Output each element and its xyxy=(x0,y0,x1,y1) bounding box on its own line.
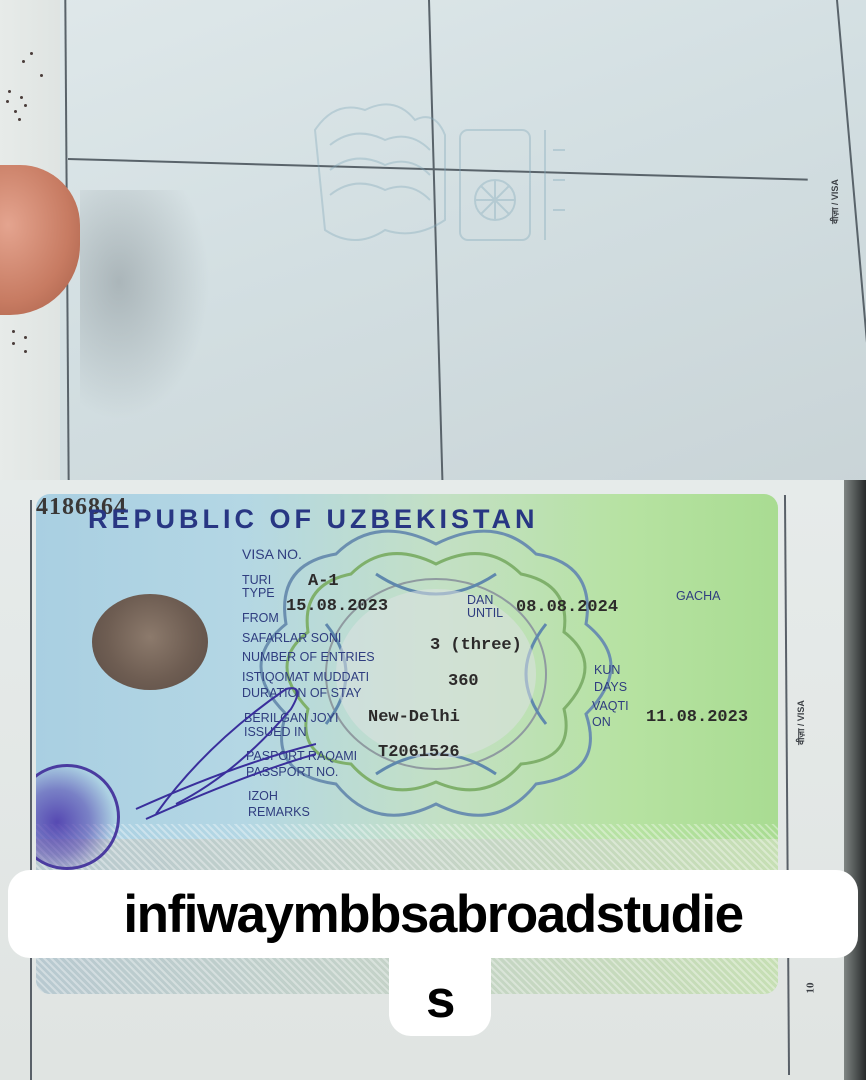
until-label-en: UNTIL xyxy=(467,607,503,620)
duration-label-uz: ISTIQOMAT MUDDATI xyxy=(242,671,369,684)
page-number: 10 xyxy=(805,983,817,994)
from-label: FROM xyxy=(242,612,279,625)
issued-on-label-uz: VAQTI xyxy=(592,700,629,713)
page-rule xyxy=(30,500,32,1080)
until-suffix-uz: GACHA xyxy=(676,590,720,603)
signature-icon xyxy=(116,684,316,824)
finger-shadow xyxy=(80,190,210,420)
page-rule xyxy=(836,0,866,480)
passport-page-top: वीज़ा / VISA xyxy=(0,0,866,490)
issued-on-value: 11.08.2023 xyxy=(646,708,748,727)
caption-overlay: infiwaymbbsabroadstudie xyxy=(8,870,858,958)
duration-unit-en: DAYS xyxy=(594,681,627,694)
passport-cover-edge xyxy=(844,480,866,1080)
caption-text-line1: infiwaymbbsabroadstudie xyxy=(123,884,742,945)
entries-label-en: NUMBER OF ENTRIES xyxy=(242,651,375,664)
visa-number-label: VISA No. xyxy=(242,548,302,561)
until-value: 08.08.2024 xyxy=(516,598,618,617)
caption-text-line2: s xyxy=(426,947,454,1030)
entries-value: 3 (three) xyxy=(430,636,522,655)
finger xyxy=(0,165,80,315)
entries-label-uz: SAFARLAR SONI xyxy=(242,632,341,645)
holder-photo xyxy=(92,594,208,690)
issued-on-label-en: ON xyxy=(592,716,611,729)
passport-no-value: T2061526 xyxy=(378,743,460,762)
national-emblem-watermark-icon xyxy=(295,90,575,270)
visa-country-title: REPUBLIC OF UZBEKISTAN xyxy=(88,504,539,535)
from-value: 15.08.2023 xyxy=(286,597,388,616)
visa-page-label: वीज़ा / VISA xyxy=(794,700,807,745)
visa-page-label: वीज़ा / VISA xyxy=(828,179,841,224)
duration-unit-uz: KUN xyxy=(594,664,620,677)
issued-in-value: New-Delhi xyxy=(368,708,460,727)
duration-value: 360 xyxy=(448,672,479,691)
type-label-en: TYPE xyxy=(242,587,275,600)
type-value: A-1 xyxy=(308,572,339,591)
